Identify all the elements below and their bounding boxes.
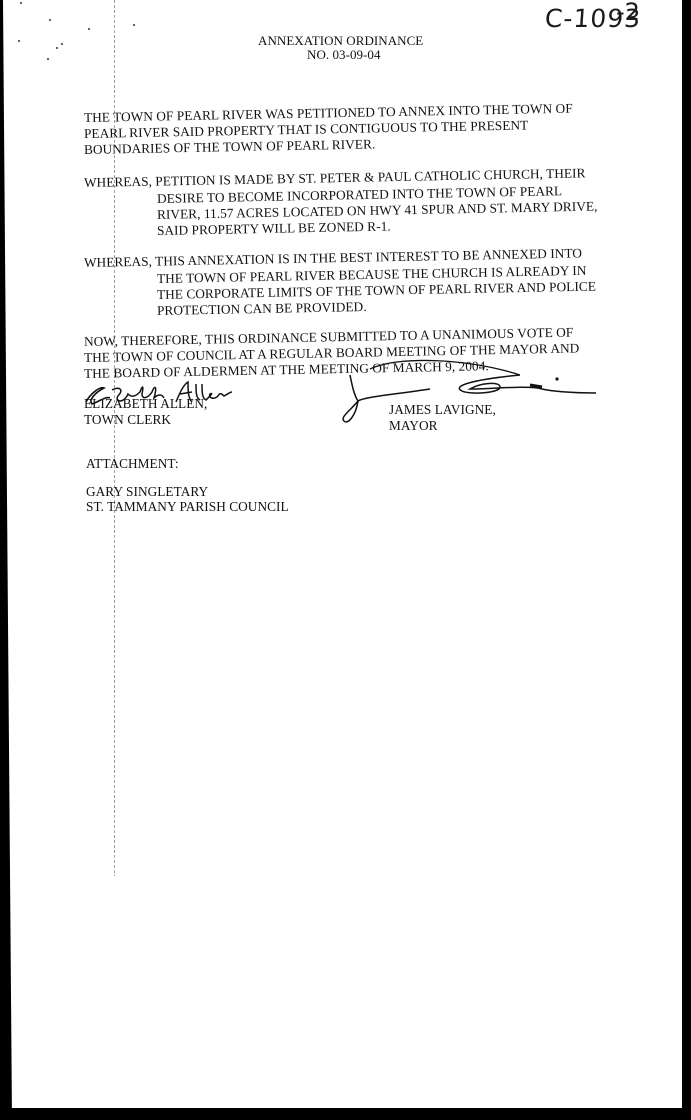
scan-speck (133, 24, 135, 26)
scan-speck (49, 19, 51, 21)
clerk-title: TOWN CLERK (84, 412, 171, 428)
scan-border-left (0, 0, 14, 1120)
scan-speck (20, 2, 22, 4)
attachment-recipient-org: ST. TAMMANY PARISH COUNCIL (86, 499, 289, 515)
mayor-name: JAMES LAVIGNE, (389, 402, 496, 418)
scan-speck (88, 28, 90, 30)
scan-speck (61, 43, 63, 45)
attachment-recipient-name: GARY SINGLETARY (86, 484, 208, 500)
clerk-name: ELIZABETH ALLEN, (84, 396, 207, 412)
scan-speck (18, 40, 20, 42)
handwritten-file-suffix: -2 (616, 0, 640, 26)
scan-border-right (682, 0, 691, 1120)
scan-speck (56, 47, 58, 49)
mayor-title: MAYOR (389, 418, 438, 434)
ordinance-number: NO. 03-09-04 (307, 47, 381, 63)
whereas-2-line-4: PROTECTION CAN BE PROVIDED. (157, 299, 367, 319)
scan-speck (47, 58, 49, 60)
scan-border-bottom (0, 1108, 691, 1120)
attachment-label: ATTACHMENT: (86, 456, 179, 472)
whereas-1-line-4: SAID PROPERTY WILL BE ZONED R-1. (157, 219, 391, 239)
